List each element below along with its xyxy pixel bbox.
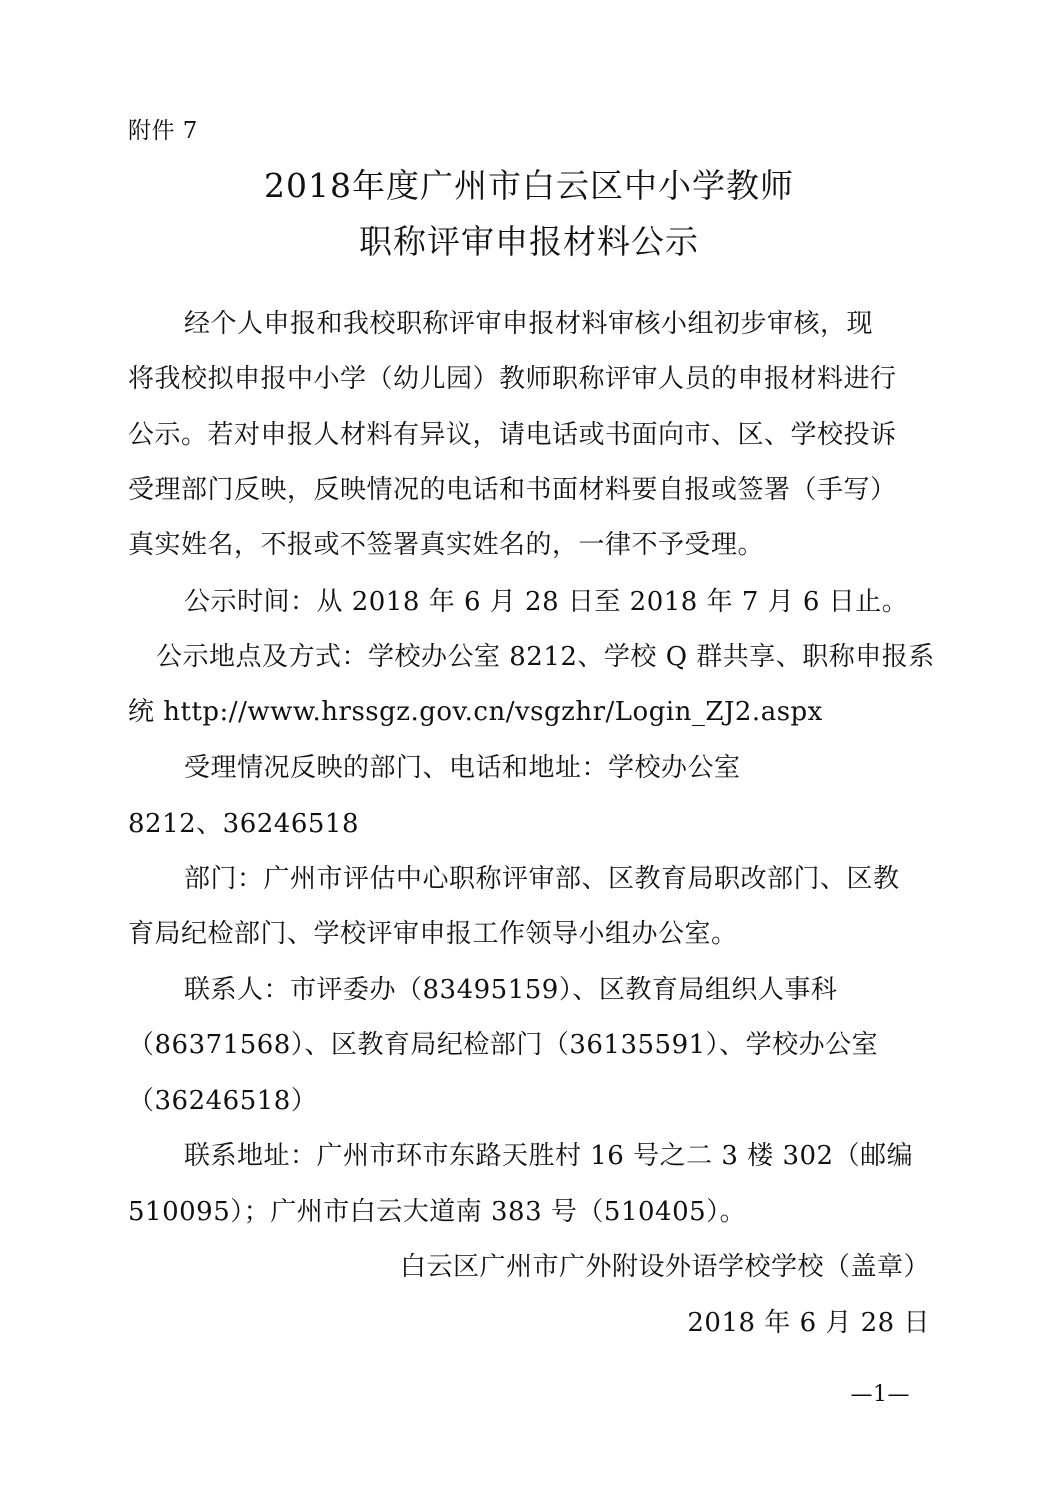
document-title-line-2: 职称评审申报材料公示: [0, 222, 1058, 262]
document-page: 附件 7 2018年度广州市白云区中小学教师 职称评审申报材料公示 经个人申报和…: [0, 0, 1058, 1497]
contacts-cont: （86371568）、区教育局纪检部门（36135591）、学校办公室: [128, 1030, 878, 1060]
page-number: —1—: [851, 1380, 911, 1410]
announcement-location: 公示地点及方式：学校办公室 8212、学校 Q 群共享、职称申报系: [156, 642, 935, 672]
body-paragraph-intro-line: 真实姓名，不报或不签署真实姓名的，一律不予受理。: [128, 530, 764, 560]
signature-date: 2018 年 6 月 28 日: [687, 1308, 930, 1338]
body-paragraph-intro-line: 将我校拟申报中小学（幼儿园）教师职称评审人员的申报材料进行: [128, 364, 897, 394]
contact-address-cont: 510095）；广州市白云大道南 383 号（510405）。: [128, 1197, 746, 1227]
body-paragraph-intro-line: 公示。若对申报人材料有异议，请电话或书面向市、区、学校投诉: [128, 420, 897, 450]
announcement-period: 公示时间：从 2018 年 6 月 28 日至 2018 年 7 月 6 日止。: [184, 587, 908, 617]
departments: 部门：广州市评估中心职称评审部、区教育局职改部门、区教: [184, 864, 900, 894]
attachment-label: 附件 7: [128, 116, 198, 146]
contacts-cont: （36246518）: [128, 1086, 317, 1116]
signature: 白云区广州市广外附设外语学校学校（盖章）: [400, 1252, 930, 1282]
departments-cont: 育局纪检部门、学校评审申报工作领导小组办公室。: [128, 919, 738, 949]
contacts: 联系人：市评委办（83495159）、区教育局组织人事科: [184, 975, 837, 1005]
contact-address: 联系地址：广州市环市东路天胜村 16 号之二 3 楼 302（邮编: [184, 1141, 913, 1171]
announcement-location-url: 统 http://www.hrssgz.gov.cn/vsgzhr/Login_…: [128, 697, 823, 727]
complaint-contact-phone: 8212、36246518: [128, 809, 359, 839]
body-paragraph-intro-line: 受理部门反映，反映情况的电话和书面材料要自报或签署（手写）: [128, 475, 897, 505]
document-title-line-1: 2018年度广州市白云区中小学教师: [0, 166, 1058, 206]
complaint-contact: 受理情况反映的部门、电话和地址：学校办公室: [184, 753, 741, 783]
body-paragraph-intro-line: 经个人申报和我校职称评审申报材料审核小组初步审核，现: [184, 309, 873, 339]
